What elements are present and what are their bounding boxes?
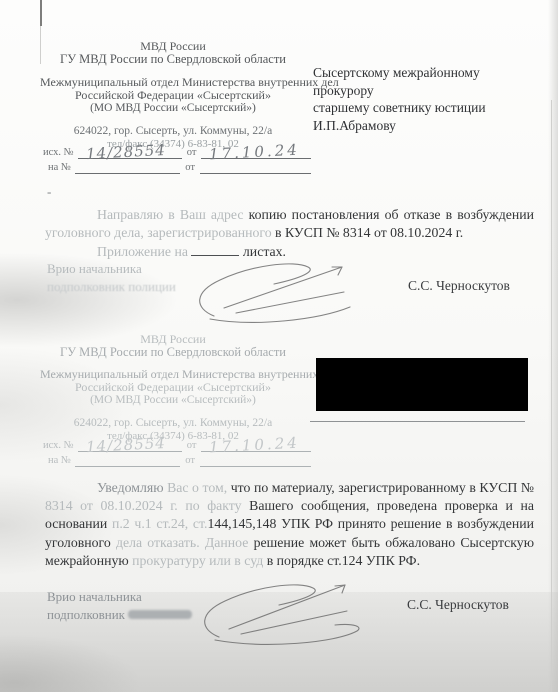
scanned-letter-page: МВД России ГУ МВД России по Свердловской… <box>0 0 558 692</box>
addressee-line: И.П.Абрамову <box>313 117 486 135</box>
body-segment: п.2 ч.1 ст.24, ст. <box>112 516 207 531</box>
addressee-line: старшему советнику юстиции <box>313 99 486 117</box>
date-of-label: от <box>180 162 200 174</box>
stray-dash-mark: - <box>47 184 51 200</box>
signoff-block-2: Врио начальника подполковник <box>47 589 192 623</box>
letterhead-1: МВД России ГУ МВД России по Свердловской… <box>40 40 306 151</box>
outgoing-number-label: исх. № <box>43 147 78 159</box>
org-address-line: 624022, гор. Сысерть, ул. Коммуны, 22/а <box>40 125 306 138</box>
reference-block-2: исх. № 14/28554 от 17.10.24 на № от <box>43 439 311 467</box>
org-address-line: 624022, гор. Сысерть, ул. Коммуны, 22/а <box>40 417 306 430</box>
date-of-label: от <box>182 147 202 159</box>
outgoing-number-line: 14/28554 <box>78 146 182 159</box>
body-segment: уголовного дела, зарегистрированного <box>45 225 275 240</box>
signer-position-text: Врио начальника <box>47 589 142 604</box>
signer-rank-text: подполковник <box>47 607 125 622</box>
signer-name-1: С.С. Черноскутов <box>408 278 510 294</box>
handwritten-outgoing-date: 17.10.24 <box>209 144 300 161</box>
body-segment: копию постановления об отказе в возбужде… <box>249 207 534 222</box>
scan-shading-rightedge <box>548 0 558 692</box>
incoming-ref-row: на № от <box>43 454 311 467</box>
body-segment: прокуратуру или в суд <box>132 553 267 568</box>
org-name-line: Российской Федерации «Сысертский» <box>40 89 306 102</box>
body-segment: в КУСП № 8314 от 08.10.2024 г. <box>275 225 463 240</box>
signature-scribble <box>195 573 370 648</box>
letterhead-2: МВД России ГУ МВД России по Свердловской… <box>40 333 306 443</box>
cover-letter-paragraph: Направляю в Ваш адрес копию постановлени… <box>45 206 534 242</box>
org-name-line: (МО МВД России «Сысертский») <box>40 394 306 407</box>
incoming-number-label: на № <box>43 455 75 467</box>
outgoing-ref-row: исх. № 14/28554 от 17.10.24 <box>43 439 311 452</box>
fold-mark-topleft <box>40 0 42 26</box>
outgoing-number-line: 14/28554 <box>78 439 182 452</box>
incoming-date-line <box>200 161 311 174</box>
org-name-line: ГУ МВД России по Свердловской области <box>40 346 306 359</box>
incoming-number-line <box>75 454 180 467</box>
outgoing-date-line: 17.10.24 <box>201 146 311 159</box>
org-name-line: (МО МВД России «Сысертский») <box>40 102 306 115</box>
addressee-line: Сысертскому межрайонному <box>313 64 486 82</box>
body-segment: Уведомляю <box>97 480 167 495</box>
signer-position-line: Врио начальника <box>47 589 192 605</box>
body-segment: Вас о том, <box>167 480 231 495</box>
handwritten-outgoing-number: 14/28554 <box>85 144 165 160</box>
handwritten-outgoing-date: 17.10.24 <box>209 437 300 454</box>
outgoing-date-line: 17.10.24 <box>201 439 311 452</box>
incoming-number-label: на № <box>43 162 75 174</box>
incoming-ref-row: на № от <box>43 161 311 174</box>
page-edge-line-right <box>551 100 552 692</box>
org-name-line: Российской Федерации «Сысертский» <box>40 381 306 394</box>
date-of-label: от <box>182 440 202 452</box>
signer-rank-line: подполковник <box>47 607 192 623</box>
body-segment: что по материалу, зарегистрированному в … <box>231 480 534 495</box>
handwritten-outgoing-number: 14/28554 <box>85 437 165 453</box>
addressee-block: Сысертскому межрайонному прокурору старш… <box>313 64 486 134</box>
signer-name-2: С.С. Черноскутов <box>407 597 509 613</box>
smudged-word-blot <box>128 610 192 619</box>
incoming-date-line <box>200 454 311 467</box>
body-segment: в порядке ст.124 УПК РФ. <box>267 553 420 568</box>
signature-scribble <box>190 252 365 327</box>
attachment-label: Приложение на <box>97 244 188 259</box>
incoming-number-line <box>75 161 180 174</box>
org-name-line: ГУ МВД России по Свердловской области <box>40 53 306 66</box>
outgoing-number-label: исх. № <box>43 440 78 452</box>
outgoing-ref-row: исх. № 14/28554 от 17.10.24 <box>43 146 311 159</box>
date-of-label: от <box>180 455 200 467</box>
addressee-line: прокурору <box>313 82 486 100</box>
addressee-underline <box>310 421 525 422</box>
body-segment: 8314 от 08.10.2024 г. по факту <box>45 498 249 513</box>
reference-block-1: исх. № 14/28554 от 17.10.24 на № от <box>43 146 311 174</box>
notification-paragraph: Уведомляю Вас о том, что по материалу, з… <box>45 479 534 570</box>
body-segment: Направляю в Ваш адрес <box>97 207 249 222</box>
signer-position-line: Врио начальника <box>47 261 176 277</box>
signer-rank-line: подполковник полиции <box>47 279 176 295</box>
signoff-block-1: Врио начальника подполковник полиции <box>47 261 176 295</box>
body-segment: дела отказать. Данное <box>116 535 254 550</box>
redaction-box <box>316 358 528 411</box>
